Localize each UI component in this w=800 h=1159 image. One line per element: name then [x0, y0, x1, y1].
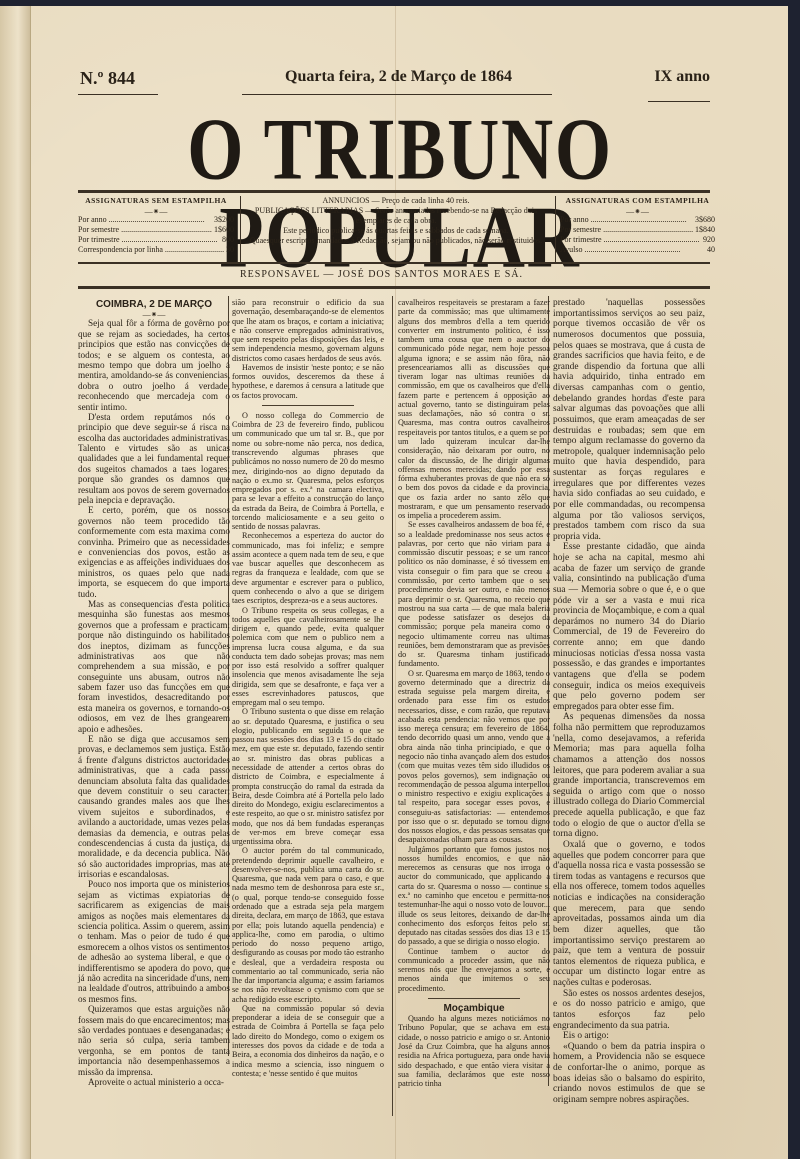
paragraph: O auctor porém do tal communicado, prete…	[232, 846, 384, 1004]
subscriptions-with-stamp: ASSIGNATURAS COM ESTAMPILHA —⁕— Por anno…	[555, 196, 715, 262]
ornament: —⁕—	[78, 311, 230, 318]
columns-top-rule	[78, 286, 710, 289]
price-row: Por anno3$200	[78, 215, 234, 225]
notice-line: ANNUNCIOS — Preço de cada linha 40 reis.	[241, 196, 551, 206]
paragraph: E certo, porém, que os nossos governos n…	[78, 505, 230, 599]
responsible-editor: RESPONSAVEL — JOSÉ DOS SANTOS MORAES E S…	[240, 269, 580, 280]
notice-line: Quaesquer escriptos mandados á Redacção,…	[241, 236, 551, 246]
paragraph: D'esta ordem reputámos nós o principio q…	[78, 412, 230, 506]
paragraph: Quizeramos que estas arguições não fosse…	[78, 1004, 230, 1077]
price-row: Avulso40	[560, 245, 715, 255]
notice-line: Este periodico publica-se ás quartas fei…	[241, 226, 551, 236]
paragraph: Oxalá que o governo, e todos aquelles qu…	[553, 840, 705, 989]
paragraph: O Tribuno respeita os seus collegas, e a…	[232, 606, 384, 708]
separator	[262, 405, 353, 406]
notice-line: PUBLICAÇÕES LITTERARIAS — Serão annuncia…	[241, 206, 551, 226]
quoted-paragraph: «Quando o bem da patria inspira o homem,…	[553, 1042, 705, 1106]
rule-mid	[242, 94, 552, 95]
masthead-bottom-rule	[78, 190, 710, 193]
paragraph: Que na commissão popular só devia prepon…	[232, 1004, 384, 1078]
rule-right	[648, 101, 710, 102]
paragraph: sião para reconstruir o edificio da sua …	[232, 298, 384, 363]
paragraph: Eis o artigo:	[553, 1031, 705, 1042]
paragraph: E não se diga que accusamos sem provas, …	[78, 734, 230, 879]
column-2: sião para reconstruir o edificio da sua …	[232, 298, 384, 1078]
price-row: Por trimestre920	[560, 235, 715, 245]
paragraph: Esse prestante cidadão, que ainda hoje s…	[553, 542, 705, 712]
price-row: Por semestre1$600	[78, 225, 234, 235]
separator	[428, 998, 519, 999]
info-bottom-rule	[78, 262, 710, 264]
notices-box: ANNUNCIOS — Preço de cada linha 40 reis.…	[240, 196, 551, 262]
paragraph: O nosso collega do Commercio de Coimbra …	[232, 411, 384, 531]
box-heading: ASSIGNATURAS SEM ESTAMPILHA	[78, 196, 234, 206]
newspaper-page: N.º 844 Quarta feira, 2 de Março de 1864…	[0, 6, 788, 1159]
ornament: —⁕—	[78, 208, 234, 215]
issue-number: N.º 844	[80, 68, 135, 89]
paragraph: O Tribuno sustenta o que disse em relaçã…	[232, 707, 384, 846]
paragraph: Quando ha alguns mezes noticiámos no Tri…	[398, 1014, 550, 1088]
column-4: prestado 'naquellas possessões important…	[553, 298, 705, 1106]
binding-spine	[0, 6, 31, 1159]
paragraph: Continue tambem o auctor do communicado …	[398, 947, 550, 993]
paragraph: Julgámos portanto que fomos justos nos n…	[398, 845, 550, 947]
issue-date: Quarta feira, 2 de Março de 1864	[285, 68, 512, 86]
paragraph: Havemos de insistir 'neste ponto; e se n…	[232, 363, 384, 400]
paragraph: Mas as consequencias d'esta politica mes…	[78, 599, 230, 734]
paragraph: São estes os nossos ardentes desejos, e …	[553, 989, 705, 1032]
subscriptions-without-stamp: ASSIGNATURAS SEM ESTAMPILHA —⁕— Por anno…	[78, 196, 234, 262]
paragraph: prestado 'naquellas possessões important…	[553, 298, 705, 542]
box-heading: ASSIGNATURAS COM ESTAMPILHA	[560, 196, 715, 206]
price-row: Por anno3$680	[560, 215, 715, 225]
volume-year: IX anno	[654, 68, 710, 86]
column-3: cavalheiros respeitaveis se prestaram a …	[398, 298, 550, 1088]
paragraph: cavalheiros respeitaveis se prestaram a …	[398, 298, 550, 520]
column-1: COIMBRA, 2 DE MARÇO —⁕— Seja qual fôr a …	[78, 298, 230, 1087]
paragraph: Seja qual fôr a fórma de govêrno por que…	[78, 318, 230, 412]
price-row: Por semestre1$840	[560, 225, 715, 235]
paragraph: Pouco nos importa que os ministerios sej…	[78, 879, 230, 1004]
price-row: Correspondencia por linha30	[78, 245, 234, 255]
price-row: Por trimestre800	[78, 235, 234, 245]
rule-left	[78, 94, 158, 95]
column-divider	[392, 296, 393, 1116]
article-heading: Moçambique	[398, 1004, 550, 1013]
paragraph: O sr. Quaresma em março de 1863, tendo o…	[398, 669, 550, 845]
paragraph: Se esses cavalheiros andassem de boa fé,…	[398, 520, 550, 668]
ornament: —⁕—	[560, 208, 715, 215]
paragraph: Aproveite o actual ministerio a occa-	[78, 1077, 230, 1087]
article-heading: COIMBRA, 2 DE MARÇO	[78, 300, 230, 310]
paragraph: Reconhecemos a esperteza do auctor do co…	[232, 531, 384, 605]
paragraph: As pequenas dimensões da nossa folha não…	[553, 712, 705, 840]
